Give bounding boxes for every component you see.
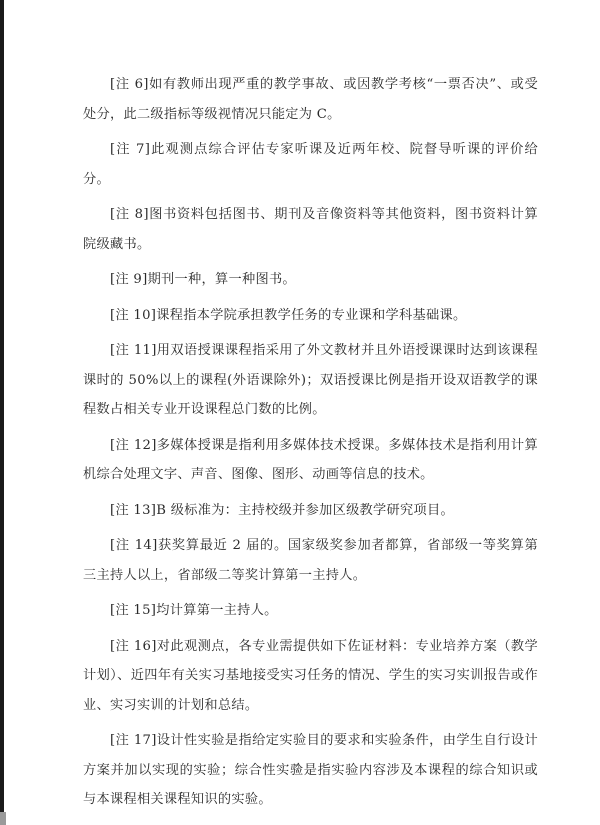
note-tag: [注 15] bbox=[110, 603, 156, 618]
note-16: [注 16]对此观测点，各专业需提供如下佐证材料：专业培养方案（教学计划）、近四… bbox=[83, 632, 538, 721]
note-13: [注 13]B 级标准为：主持校级并参加区级教学研究项目。 bbox=[83, 496, 538, 526]
note-tag: [注 10] bbox=[110, 308, 156, 323]
note-tag: [注 13] bbox=[110, 503, 156, 518]
note-11: [注 11]用双语授课课程指采用了外文教材并且外语授课课时达到该课程课时的 50… bbox=[83, 336, 538, 425]
note-text: 图书资料包括图书、期刊及音像资料等其他资料，图书资料计算院级藏书。 bbox=[83, 207, 538, 252]
note-tag: [注 16] bbox=[110, 639, 157, 654]
scan-corner-mark bbox=[0, 812, 6, 825]
note-15: [注 15]均计算第一主持人。 bbox=[83, 596, 538, 626]
note-tag: [注 14] bbox=[110, 538, 158, 553]
note-6: [注 6]如有教师出现严重的教学事故、或因教学考核“一票否决”、或受处分，此二级… bbox=[83, 70, 538, 129]
note-12: [注 12]多媒体授课是指利用多媒体技术授课。多媒体技术是指利用计算机综合处理文… bbox=[83, 431, 538, 490]
note-text: 均计算第一主持人。 bbox=[156, 603, 277, 618]
note-8: [注 8]图书资料包括图书、期刊及音像资料等其他资料，图书资料计算院级藏书。 bbox=[83, 200, 538, 259]
note-10: [注 10]课程指本学院承担教学任务的专业课和学科基础课。 bbox=[83, 301, 538, 331]
note-tag: [注 7] bbox=[110, 142, 150, 157]
note-tag: [注 6] bbox=[110, 77, 149, 92]
document-page: [注 6]如有教师出现严重的教学事故、或因教学考核“一票否决”、或受处分，此二级… bbox=[83, 70, 538, 821]
note-text: 此观测点综合评估专家听课及近两年校、院督导听课的评价给分。 bbox=[83, 142, 538, 187]
note-7: [注 7]此观测点综合评估专家听课及近两年校、院督导听课的评价给分。 bbox=[83, 135, 538, 194]
note-9: [注 9]期刊一种，算一种图书。 bbox=[83, 265, 538, 295]
note-17: [注 17]设计性实验是指给定实验目的要求和实验条件，由学生自行设计方案并加以实… bbox=[83, 726, 538, 815]
scan-edge-shadow bbox=[0, 0, 4, 812]
note-text: 如有教师出现严重的教学事故、或因教学考核“一票否决”、或受处分，此二级指标等级视… bbox=[83, 77, 538, 122]
note-tag: [注 8] bbox=[110, 207, 149, 222]
note-tag: [注 11] bbox=[110, 343, 157, 358]
note-tag: [注 12] bbox=[110, 438, 157, 453]
note-text: 课程指本学院承担教学任务的专业课和学科基础课。 bbox=[156, 308, 466, 323]
note-text: B 级标准为：主持校级并参加区级教学研究项目。 bbox=[156, 503, 454, 518]
note-tag: [注 17] bbox=[110, 733, 157, 748]
note-tag: [注 9] bbox=[110, 272, 148, 287]
note-14: [注 14]获奖算最近 2 届的。国家级奖参加者都算，省部级一等奖算第三主持人以… bbox=[83, 531, 538, 590]
note-text: 期刊一种，算一种图书。 bbox=[148, 272, 296, 287]
page-number: 7 bbox=[294, 764, 300, 775]
